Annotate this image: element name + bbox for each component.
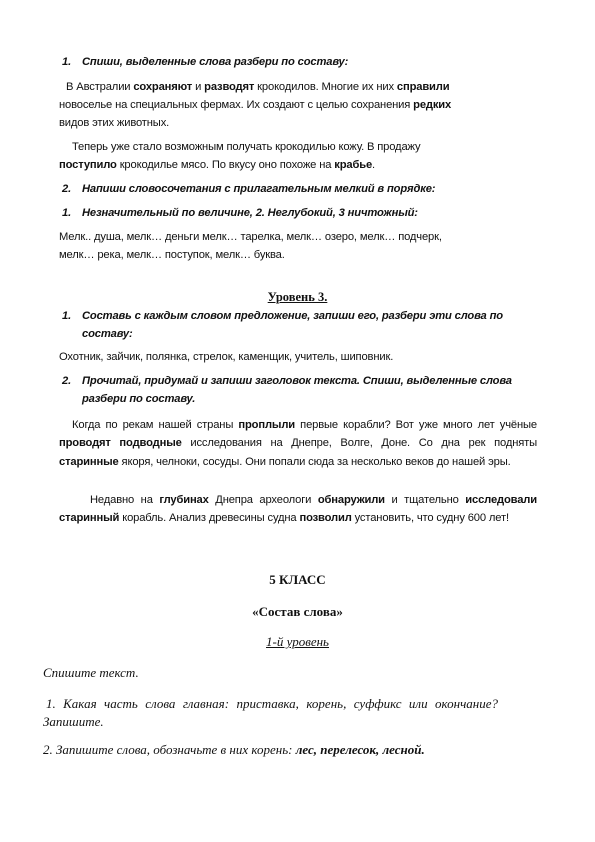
paragraph-australia-line-1: В Австралии сохраняют и разводят крокоди… xyxy=(66,81,449,93)
paragraph-dnieper: Недавно на глубинах Днепра археологи обн… xyxy=(59,491,537,528)
task-number: 1. xyxy=(62,310,82,322)
text-run: установить, что судну 600 лет! xyxy=(352,512,509,524)
text-run: якоря, челноки, сосуды. Они попали сюда … xyxy=(119,456,511,468)
word-list: Охотник, зайчик, полянка, стрелок, камен… xyxy=(59,351,393,363)
text-run: крокодилье мясо. По вкусу оно похоже на xyxy=(117,159,335,171)
words-line-1: Мелк.. душа, мелк… деньги мелк… тарелка,… xyxy=(59,231,442,243)
question-2-text: 2. Запишите слова, обозначьте в них коре… xyxy=(43,742,296,757)
level3-task-1-continuation: составу: xyxy=(82,328,133,340)
text-run: новоселье на специальных фермах. Их созд… xyxy=(59,99,413,111)
topic-heading: «Состав слова» xyxy=(0,604,595,620)
highlighted-word: сохраняют xyxy=(133,81,192,93)
level-3-heading: Уровень 3. xyxy=(0,290,595,305)
highlighted-word: обнаружили xyxy=(318,494,385,506)
task-number: 1. xyxy=(62,207,82,219)
text-run: и тщательно xyxy=(385,494,465,506)
text-run: В Австралии xyxy=(66,81,133,93)
highlighted-word: крабье xyxy=(334,159,372,171)
highlighted-word: позволил xyxy=(299,512,351,524)
words-line-2: мелк… река, мелк… поступок, мелк… буква. xyxy=(59,249,285,261)
text-run: первые корабли? Вот уже много лет учёные xyxy=(295,419,537,431)
level3-task-1-heading: 1.Составь с каждым словом предложение, з… xyxy=(62,310,503,322)
task-3-heading: 1.Незначительный по величине, 2. Неглубо… xyxy=(62,207,418,219)
text-run: и xyxy=(192,81,204,93)
paragraph-crocodile-line-1: Теперь уже стало возможным получать крок… xyxy=(72,141,420,153)
highlighted-word: разводят xyxy=(204,81,254,93)
task-number: 2. xyxy=(62,183,82,195)
paragraph-crocodile-line-2: поступило крокодилье мясо. По вкусу оно … xyxy=(59,159,375,171)
task-text: Незначительный по величине, 2. Неглубоки… xyxy=(82,207,418,219)
question-2: 2. Запишите слова, обозначьте в них коре… xyxy=(43,742,425,758)
level-1-heading: 1-й уровень xyxy=(0,634,595,650)
paragraph-australia-line-2: новоселье на специальных фермах. Их созд… xyxy=(59,99,451,111)
text-run: крокодилов. Многие их них xyxy=(254,81,397,93)
text-run: исследования на Днепре, Волге, Доне. Со … xyxy=(182,437,537,449)
level3-task-2-heading: 2.Прочитай, придумай и запиши заголовок … xyxy=(62,375,512,387)
task-text: Напиши словосочетания с прилагательным м… xyxy=(82,183,435,195)
highlighted-word: поступило xyxy=(59,159,117,171)
task-number: 2. xyxy=(62,375,82,387)
question-2-period: . xyxy=(421,742,424,757)
highlighted-word: проплыли xyxy=(238,419,295,431)
question-2-words: лес, перелесок, лесной xyxy=(296,742,422,757)
text-run: Недавно на xyxy=(90,494,159,506)
grade-heading: 5 КЛАСС xyxy=(0,572,595,588)
level3-task-2-continuation: разбери по составу. xyxy=(82,393,195,405)
highlighted-word: проводят подводные xyxy=(59,437,182,449)
task-1-heading: 1.Спиши, выделенные слова разбери по сос… xyxy=(62,56,348,68)
text-run: корабль. Анализ древесины судна xyxy=(119,512,299,524)
task-2-heading: 2.Напиши словосочетания с прилагательным… xyxy=(62,183,435,195)
text-run: Когда по рекам нашей страны xyxy=(72,419,238,431)
document-page: 1.Спиши, выделенные слова разбери по сос… xyxy=(0,0,595,842)
question-1: 1. Какая часть слова главная: приставка,… xyxy=(43,695,498,731)
paragraph-australia-line-3: видов этих животных. xyxy=(59,117,169,129)
highlighted-word: старинные xyxy=(59,456,119,468)
text-run: . xyxy=(372,159,375,171)
highlighted-word: редких xyxy=(413,99,451,111)
text-run: Днепра археологи xyxy=(209,494,318,506)
highlighted-word: глубинах xyxy=(159,494,208,506)
task-text: Спиши, выделенные слова разбери по соста… xyxy=(82,56,348,68)
instruction-copy-text: Спишите текст. xyxy=(43,665,139,681)
task-text: Составь с каждым словом предложение, зап… xyxy=(82,310,503,322)
paragraph-ships: Когда по рекам нашей страны проплыли пер… xyxy=(59,416,537,471)
task-number: 1. xyxy=(62,56,82,68)
task-text: Прочитай, придумай и запиши заголовок те… xyxy=(82,375,512,387)
highlighted-word: справили xyxy=(397,81,450,93)
